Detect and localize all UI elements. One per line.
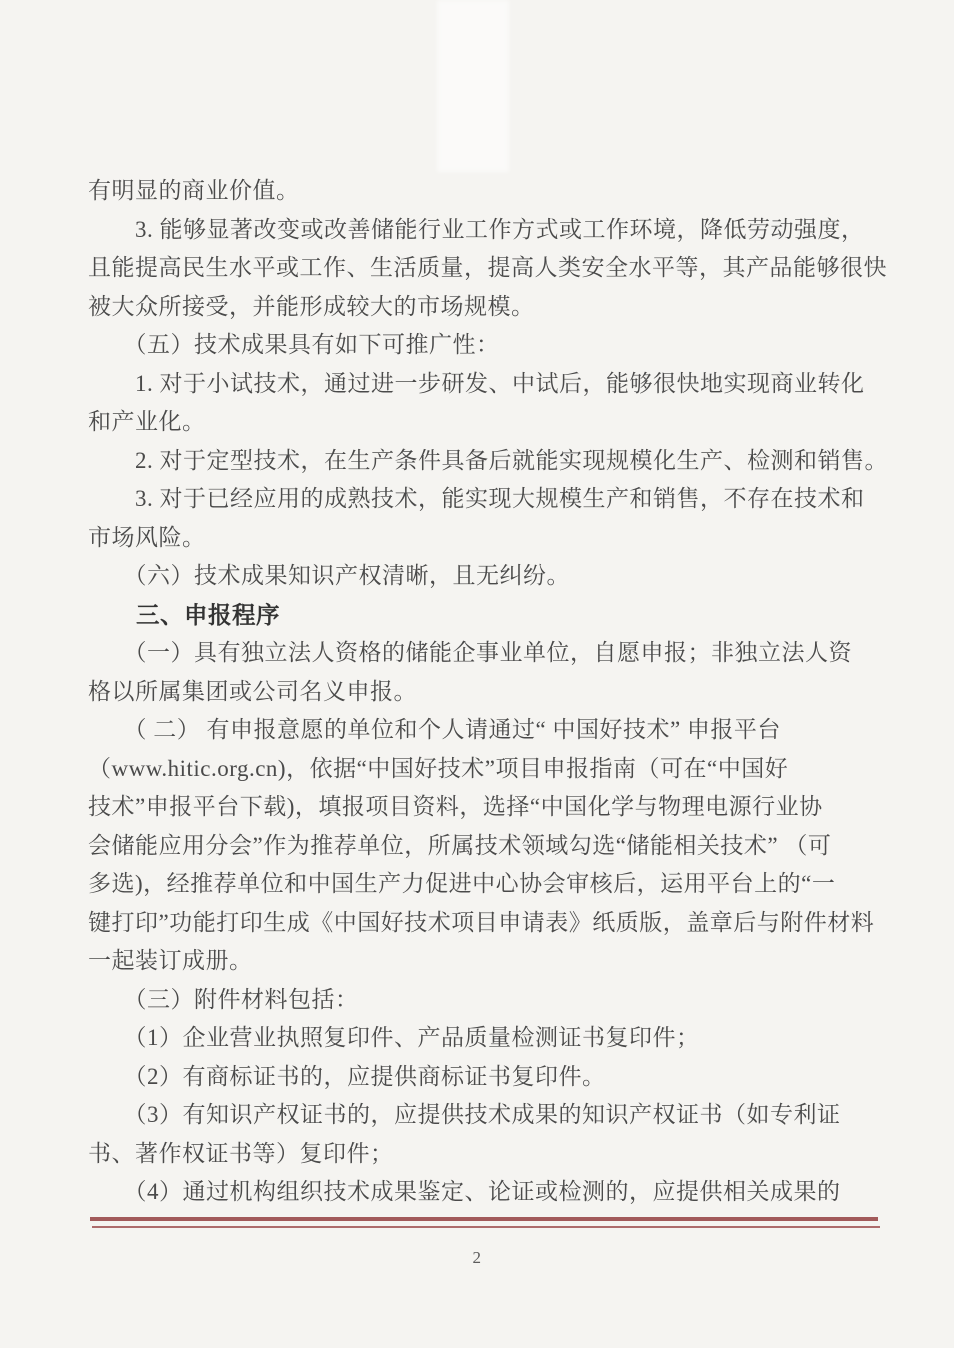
text-line: 键打印”功能打印生成《中国好技术项目申请表》纸质版，盖章后与附件材料 — [88, 904, 888, 943]
text-line: 3. 能够显著改变或改善储能行业工作方式或工作环境，降低劳动强度， — [88, 211, 888, 250]
text-line: （五）技术成果具有如下可推广性： — [88, 326, 888, 365]
page-number: 2 — [0, 1248, 954, 1268]
text-line: 技术”申报平台下载)，填报项目资料，选择“中国化学与物理电源行业协 — [88, 788, 888, 827]
text-line: 且能提高民生水平或工作、生活质量，提高人类安全水平等，其产品能够很快 — [88, 249, 888, 288]
text-line: （4）通过机构组织技术成果鉴定、论证或检测的，应提供相关成果的 — [88, 1173, 888, 1212]
text-line: （一）具有独立法人资格的储能企事业单位，自愿申报；非独立法人资 — [88, 634, 888, 673]
text-line: 被大众所接受，并能形成较大的市场规模。 — [88, 288, 888, 327]
text-line: 会储能应用分会”作为推荐单位，所属技术领域勾选“储能相关技术” （可 — [88, 827, 888, 866]
text-line: 和产业化。 — [88, 403, 888, 442]
text-line: （2）有商标证书的，应提供商标证书复印件。 — [88, 1058, 888, 1097]
text-line: 一起装订成册。 — [88, 942, 888, 981]
text-line: 1. 对于小试技术，通过进一步研发、中试后，能够很快地实现商业转化 — [88, 365, 888, 404]
text-line: （六）技术成果知识产权清晰，且无纠纷。 — [88, 557, 888, 596]
text-line: 有明显的商业价值。 — [88, 172, 888, 211]
text-line: 格以所属集团或公司名义申报。 — [88, 673, 888, 712]
text-line: 2. 对于定型技术，在生产条件具备后就能实现规模化生产、检测和销售。 — [88, 442, 888, 481]
section-heading: 三、申报程序 — [88, 596, 888, 635]
text-line: 书、著作权证书等）复印件； — [88, 1135, 888, 1174]
text-line: 市场风险。 — [88, 519, 888, 558]
text-line: （3）有知识产权证书的，应提供技术成果的知识产权证书（如专利证 — [88, 1096, 888, 1135]
footer-divider-thin — [92, 1226, 880, 1228]
text-line: （www.hitic.org.cn)，依据“中国好技术”项目申报指南（可在“中国… — [88, 750, 888, 789]
text-line: （三）附件材料包括： — [88, 981, 888, 1020]
scanned-document-page: 有明显的商业价值。 3. 能够显著改变或改善储能行业工作方式或工作环境，降低劳动… — [0, 0, 954, 1348]
scan-artifact-band — [437, 0, 509, 172]
footer-divider-thick — [90, 1217, 878, 1221]
document-body: 有明显的商业价值。 3. 能够显著改变或改善储能行业工作方式或工作环境，降低劳动… — [88, 172, 888, 1212]
text-line: 3. 对于已经应用的成熟技术，能实现大规模生产和销售，不存在技术和 — [88, 480, 888, 519]
text-line: （ 二） 有申报意愿的单位和个人请通过“ 中国好技术” 申报平台 — [88, 711, 888, 750]
text-line: 多选)，经推荐单位和中国生产力促进中心协会审核后，运用平台上的“一 — [88, 865, 888, 904]
text-line: （1）企业营业执照复印件、产品质量检测证书复印件； — [88, 1019, 888, 1058]
